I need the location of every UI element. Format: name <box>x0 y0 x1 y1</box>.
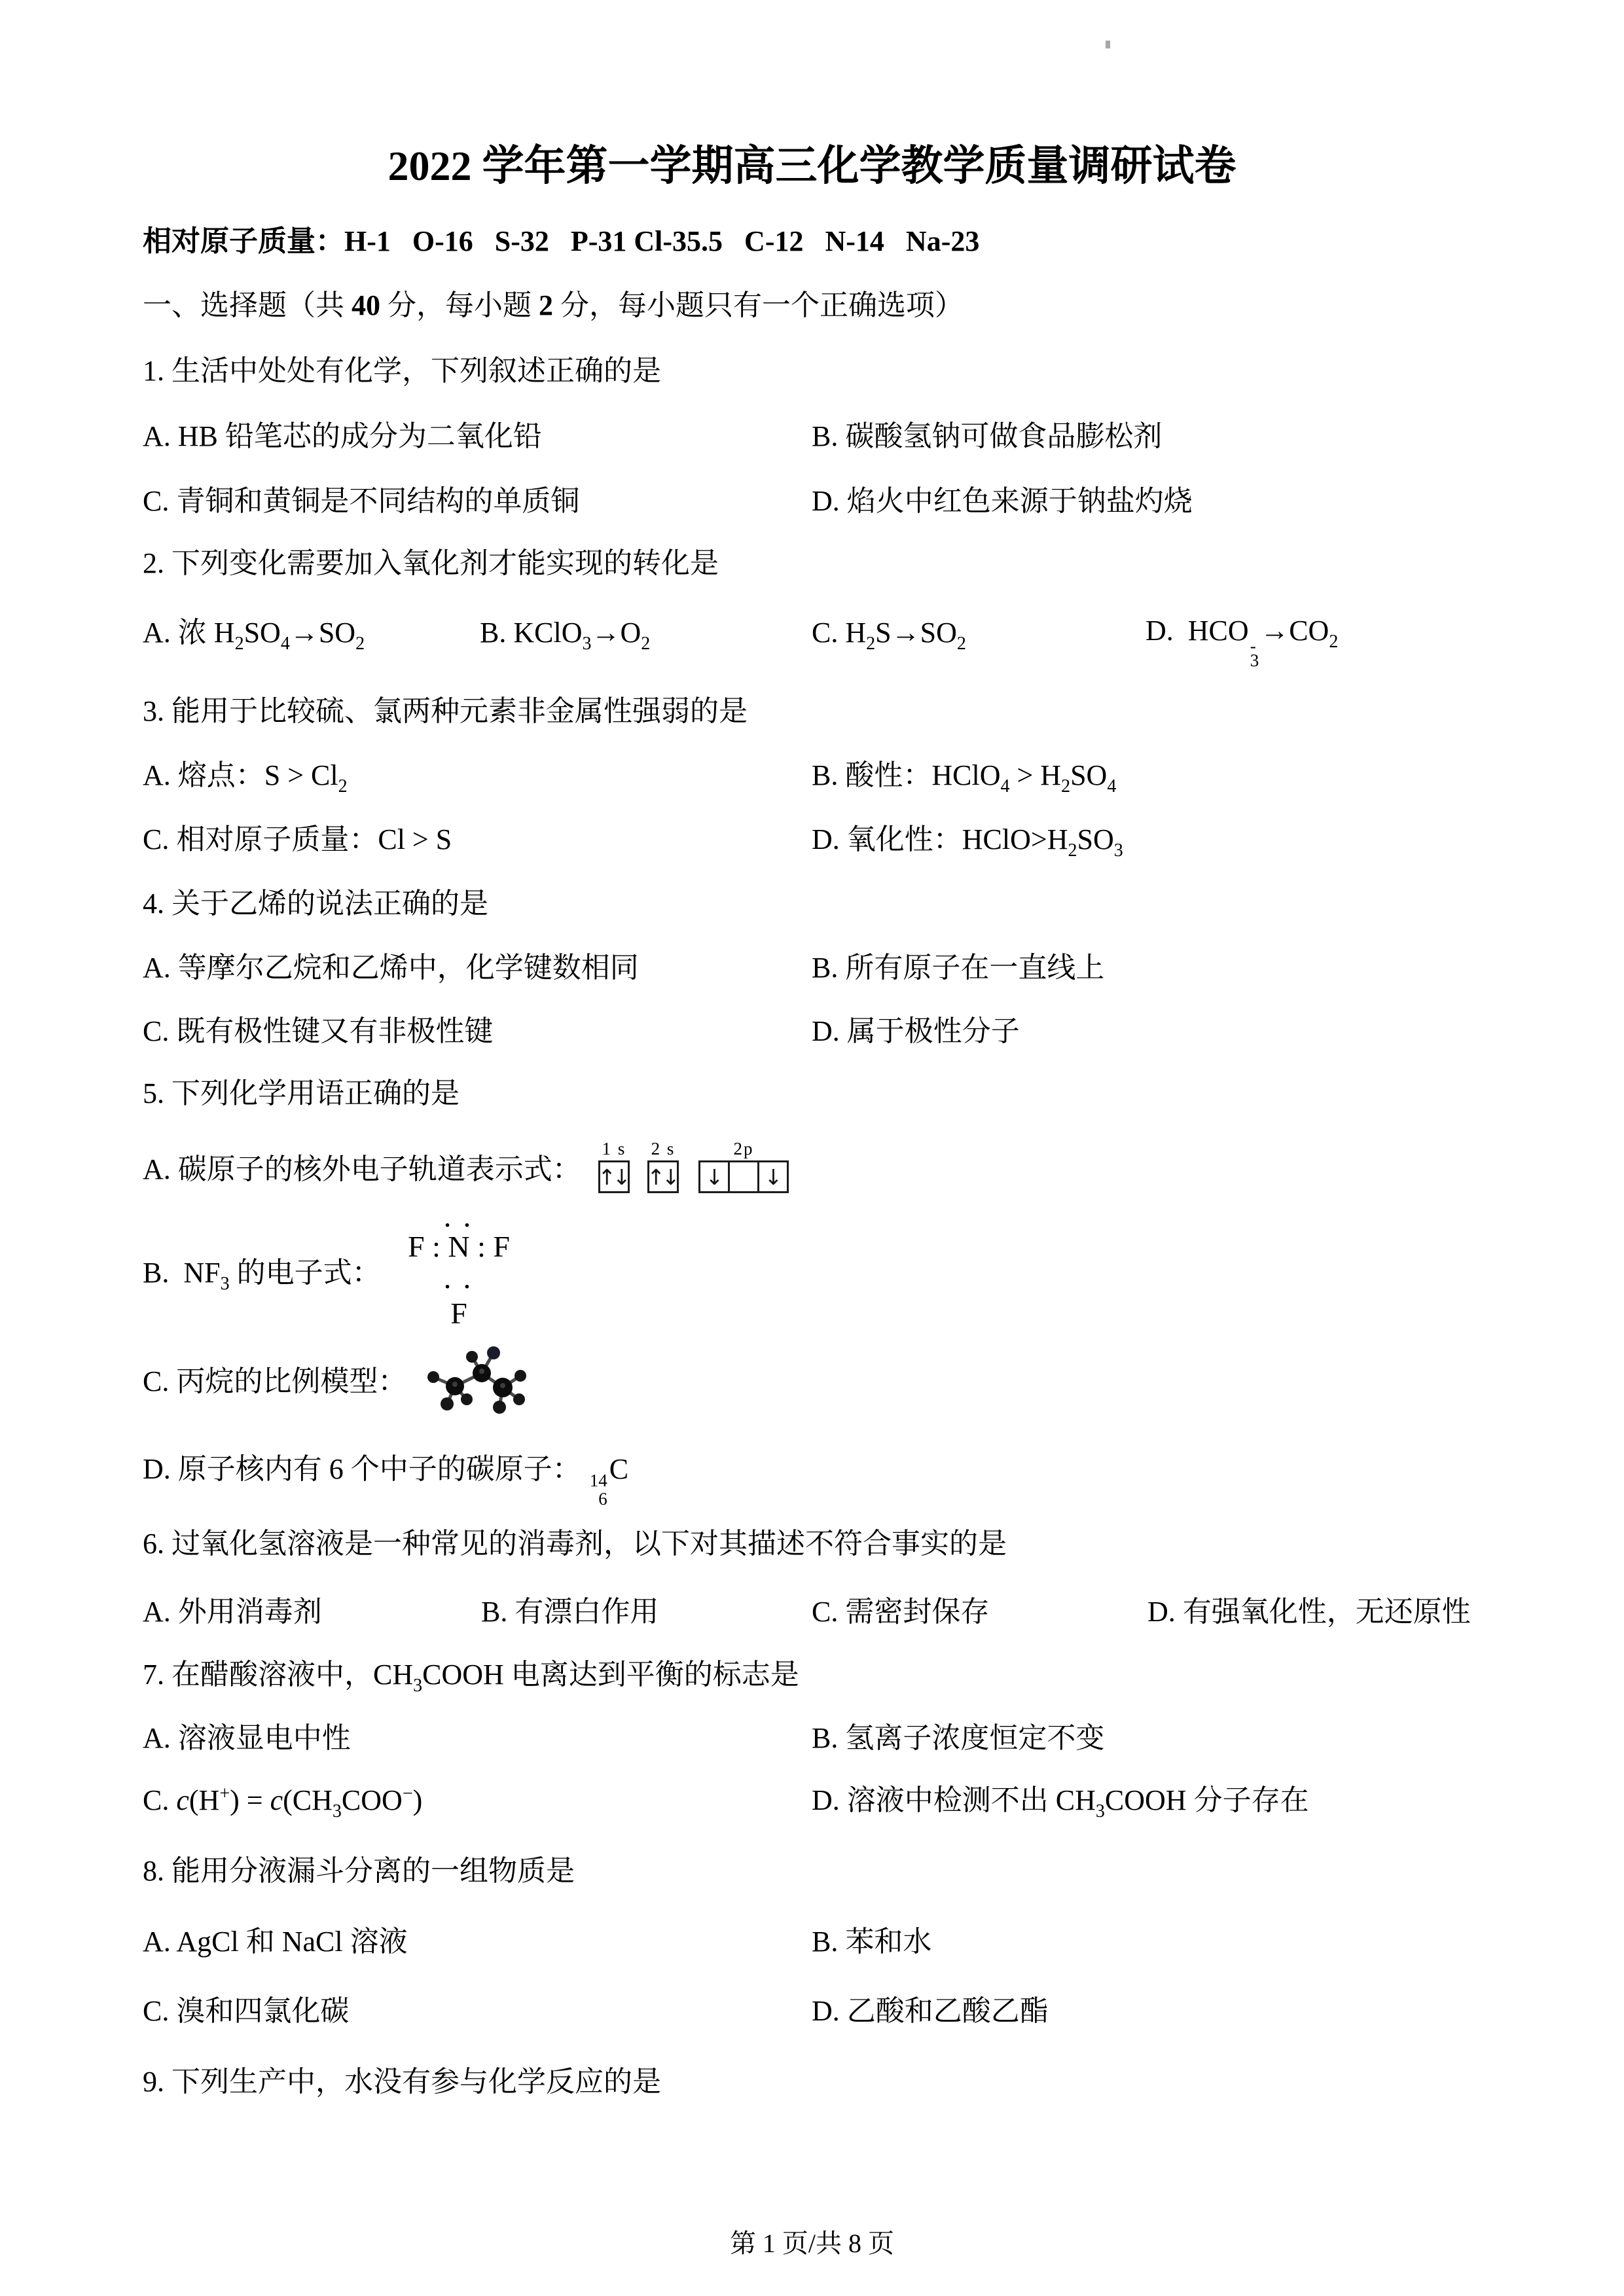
propane-carbon-atoms <box>446 1364 513 1397</box>
q3-stem: 3. 能用于比较硫、氯两种元素非金属性强弱的是 <box>143 692 748 730</box>
q2-option-b: B. KClO3→O2 <box>480 614 650 651</box>
propane-model-image <box>422 1345 533 1420</box>
q1-option-a: A. HB 铅笔芯的成分为二氧化铅 <box>143 418 542 455</box>
q5-option-c: C. 丙烷的比例模型： <box>143 1363 406 1400</box>
orbital-label-2s: 2 s <box>647 1139 679 1158</box>
page-footer: 第 1 页/共 8 页 <box>0 2227 1624 2261</box>
q1-option-d: D. 焰火中红色来源于钠盐灼烧 <box>812 482 1193 520</box>
q7-option-d: D. 溶液中检测不出 CH3COOH 分子存在 <box>812 1782 1309 1819</box>
q5-option-a: A. 碳原子的核外电子轨道表示式： <box>143 1151 581 1188</box>
q8-option-a: A. AgCl 和 NaCl 溶液 <box>143 1923 408 1960</box>
q2-stem: 2. 下列变化需要加入氧化剂才能实现的转化是 <box>143 545 719 582</box>
q1-stem: 1. 生活中处处有化学，下列叙述正确的是 <box>143 352 661 389</box>
q3-option-c: C. 相对原子质量：Cl > S <box>143 821 452 858</box>
q5-option-b: B. NF3 的电子式： <box>143 1254 381 1291</box>
exam-title: 2022 学年第一学期高三化学教学质量调研试卷 <box>0 139 1624 193</box>
q7-option-a: A. 溶液显电中性 <box>143 1719 351 1757</box>
orbital-box-2p3: ↓ <box>757 1160 789 1193</box>
q8-option-b: B. 苯和水 <box>812 1923 931 1960</box>
q5-stem: 5. 下列化学用语正确的是 <box>143 1075 460 1112</box>
q7-option-b: B. 氢离子浓度恒定不变 <box>812 1719 1104 1757</box>
q6-option-a: A. 外用消毒剂 <box>143 1593 322 1630</box>
q2-option-d: D. HCO-3→CO2 <box>1146 612 1338 670</box>
q4-option-d: D. 属于极性分子 <box>812 1013 1020 1050</box>
orbital-label-2p: 2p <box>698 1139 789 1158</box>
q4-option-b: B. 所有原子在一直线上 <box>812 949 1104 986</box>
q4-stem: 4. 关于乙烯的说法正确的是 <box>143 885 488 922</box>
scan-artifact <box>1106 41 1110 48</box>
lewis-lone-pair-bottom: · · <box>389 1276 528 1299</box>
q1-option-b: B. 碳酸氢钠可做食品膨松剂 <box>812 418 1162 455</box>
orbital-diagram: 1 s 2 s 2p ↑↓ ↑↓ ↓ ↓ <box>583 1139 799 1217</box>
nf3-electron-formula: · · F : N : F · · F <box>389 1215 528 1346</box>
orbital-box-2s: ↑↓ <box>647 1160 679 1193</box>
q5-option-d: D. 原子核内有 6 个中子的碳原子： 146C <box>143 1450 628 1509</box>
q6-option-d: D. 有强氧化性，无还原性 <box>1147 1593 1471 1630</box>
q2-option-c: C. H2S→SO2 <box>812 614 966 651</box>
lewis-main-row: F : N : F <box>389 1232 528 1262</box>
q6-option-c: C. 需密封保存 <box>812 1593 989 1630</box>
q1-option-c: C. 青铜和黄铜是不同结构的单质铜 <box>143 482 579 520</box>
orbital-box-1s: ↑↓ <box>598 1160 630 1193</box>
q3-option-b: B. 酸性：HClO4 > H2SO4 <box>812 757 1116 794</box>
q2-option-a: A. 浓 H2SO4→SO2 <box>143 614 365 651</box>
q6-option-b: B. 有漂白作用 <box>481 1593 659 1630</box>
lewis-bottom-f: F <box>389 1299 528 1329</box>
atomic-masses: 相对原子质量：H-1 O-16 S-32 P-31 Cl-35.5 C-12 N… <box>143 223 979 260</box>
orbital-box-2p1: ↓ <box>698 1160 730 1193</box>
q3-option-a: A. 熔点：S > Cl2 <box>143 757 348 794</box>
q4-option-a: A. 等摩尔乙烷和乙烯中，化学键数相同 <box>143 949 639 986</box>
q6-stem: 6. 过氧化氢溶液是一种常见的消毒剂，以下对其描述不符合事实的是 <box>143 1525 1007 1562</box>
orbital-label-1s: 1 s <box>598 1139 630 1158</box>
section-1-heading: 一、选择题（共 40 分，每小题 2 分，每小题只有一个正确选项） <box>143 287 964 324</box>
exam-page: 1 s 2 s 2p ↑↓ ↑↓ ↓ ↓ · · F : N : F · · F <box>0 0 1624 2296</box>
q8-option-c: C. 溴和四氯化碳 <box>143 1992 349 2030</box>
q9-stem: 9. 下列生产中，水没有参与化学反应的是 <box>143 2063 661 2100</box>
q8-stem: 8. 能用分液漏斗分离的一组物质是 <box>143 1852 575 1890</box>
q3-option-d: D. 氧化性：HClO>H2SO3 <box>812 821 1123 858</box>
q7-option-c: C. c(H+) = c(CH3COO−) <box>143 1782 422 1819</box>
q4-option-c: C. 既有极性键又有非极性键 <box>143 1013 493 1050</box>
q7-stem: 7. 在醋酸溶液中，CH3COOH 电离达到平衡的标志是 <box>143 1656 799 1693</box>
q8-option-d: D. 乙酸和乙酸乙酯 <box>812 1992 1049 2030</box>
orbital-box-2p2 <box>728 1160 759 1193</box>
